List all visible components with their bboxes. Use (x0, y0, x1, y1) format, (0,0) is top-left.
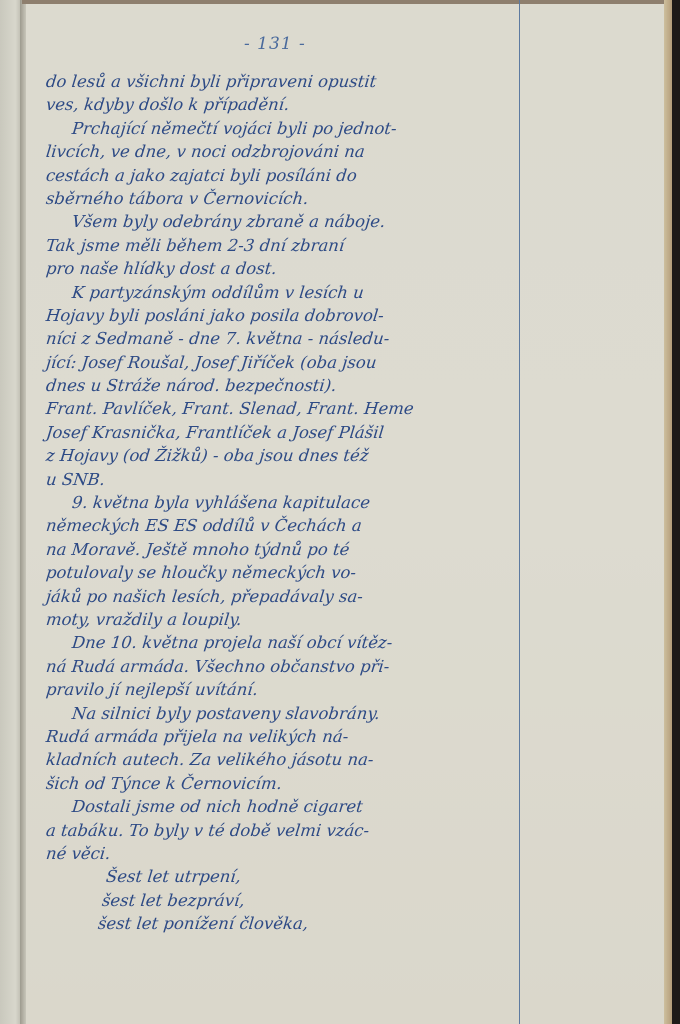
handwritten-line: potulovaly se hloučky německých vo- (45, 561, 533, 584)
page-number: - 131 - (244, 34, 306, 54)
handwritten-line: K partyzánským oddílům v lesích u (45, 281, 533, 304)
handwritten-line: livcích, ve dne, v noci odzbrojováni na (45, 140, 533, 163)
handwritten-line: Prchající němečtí vojáci byli po jednot- (45, 117, 533, 140)
handwritten-line: šest let bezpráví, (45, 889, 533, 912)
handwritten-line: německých ES ES oddílů v Čechách a (45, 514, 533, 537)
handwritten-line: šest let ponížení člověka, (45, 912, 533, 935)
handwritten-line: jáků po našich lesích, přepadávaly sa- (45, 585, 533, 608)
handwritten-line: ves, kdyby došlo k případění. (45, 93, 533, 116)
handwritten-line: Dne 10. května projela naší obcí vítěz- (45, 631, 533, 654)
book-cover-edge (672, 0, 680, 1024)
handwritten-line: Rudá armáda přijela na velikých ná- (45, 725, 533, 748)
handwritten-line: pro naše hlídky dost a dost. (45, 257, 533, 280)
handwritten-line: Frant. Pavlíček, Frant. Slenad, Frant. H… (45, 397, 533, 420)
page-stack-edge (664, 0, 672, 1024)
handwritten-line: cestách a jako zajatci byli posíláni do (45, 164, 533, 187)
page-top-shadow (22, 0, 672, 4)
handwritten-line: níci z Sedmaně - dne 7. května - následu… (45, 327, 533, 350)
handwritten-line: do lesů a všichni byli připraveni opusti… (45, 70, 533, 93)
handwritten-line: Hojavy byli posláni jako posila dobrovol… (45, 304, 533, 327)
handwritten-line: kladních autech. Za velikého jásotu na- (45, 748, 533, 771)
handwritten-line: pravilo jí nejlepší uvítání. (45, 678, 533, 701)
handwritten-line: Dostali jsme od nich hodně cigaret (45, 795, 533, 818)
handwritten-line: dnes u Stráže národ. bezpečnosti). (45, 374, 533, 397)
facing-page-edge (0, 0, 22, 1024)
handwritten-line: a tabáku. To byly v té době velmi vzác- (45, 819, 533, 842)
handwritten-line: na Moravě. Ještě mnoho týdnů po té (45, 538, 533, 561)
handwritten-line: Tak jsme měli během 2-3 dní zbraní (45, 234, 533, 257)
handwritten-line: moty, vraždily a loupily. (45, 608, 533, 631)
handwritten-text-block: do lesů a všichni byli připraveni opusti… (46, 70, 532, 935)
handwritten-line: šich od Týnce k Černovicím. (45, 772, 533, 795)
handwritten-line: Na silnici byly postaveny slavobrány. (45, 702, 533, 725)
handwritten-line: Josef Krasnička, Frantlíček a Josef Pláš… (45, 421, 533, 444)
handwritten-line: 9. května byla vyhlášena kapitulace (45, 491, 533, 514)
handwritten-line: z Hojavy (od Žižků) - oba jsou dnes též (45, 444, 533, 467)
handwritten-line: Všem byly odebrány zbraně a náboje. (45, 210, 533, 233)
handwritten-line: jící: Josef Roušal, Josef Jiříček (oba j… (45, 351, 533, 374)
handwritten-line: Šest let utrpení, (45, 865, 533, 888)
handwritten-line: ná Rudá armáda. Všechno občanstvo při- (45, 655, 533, 678)
handwritten-line: sběrného tábora v Černovicích. (45, 187, 533, 210)
handwritten-line: u SNB. (45, 468, 533, 491)
handwritten-line: né věci. (45, 842, 533, 865)
